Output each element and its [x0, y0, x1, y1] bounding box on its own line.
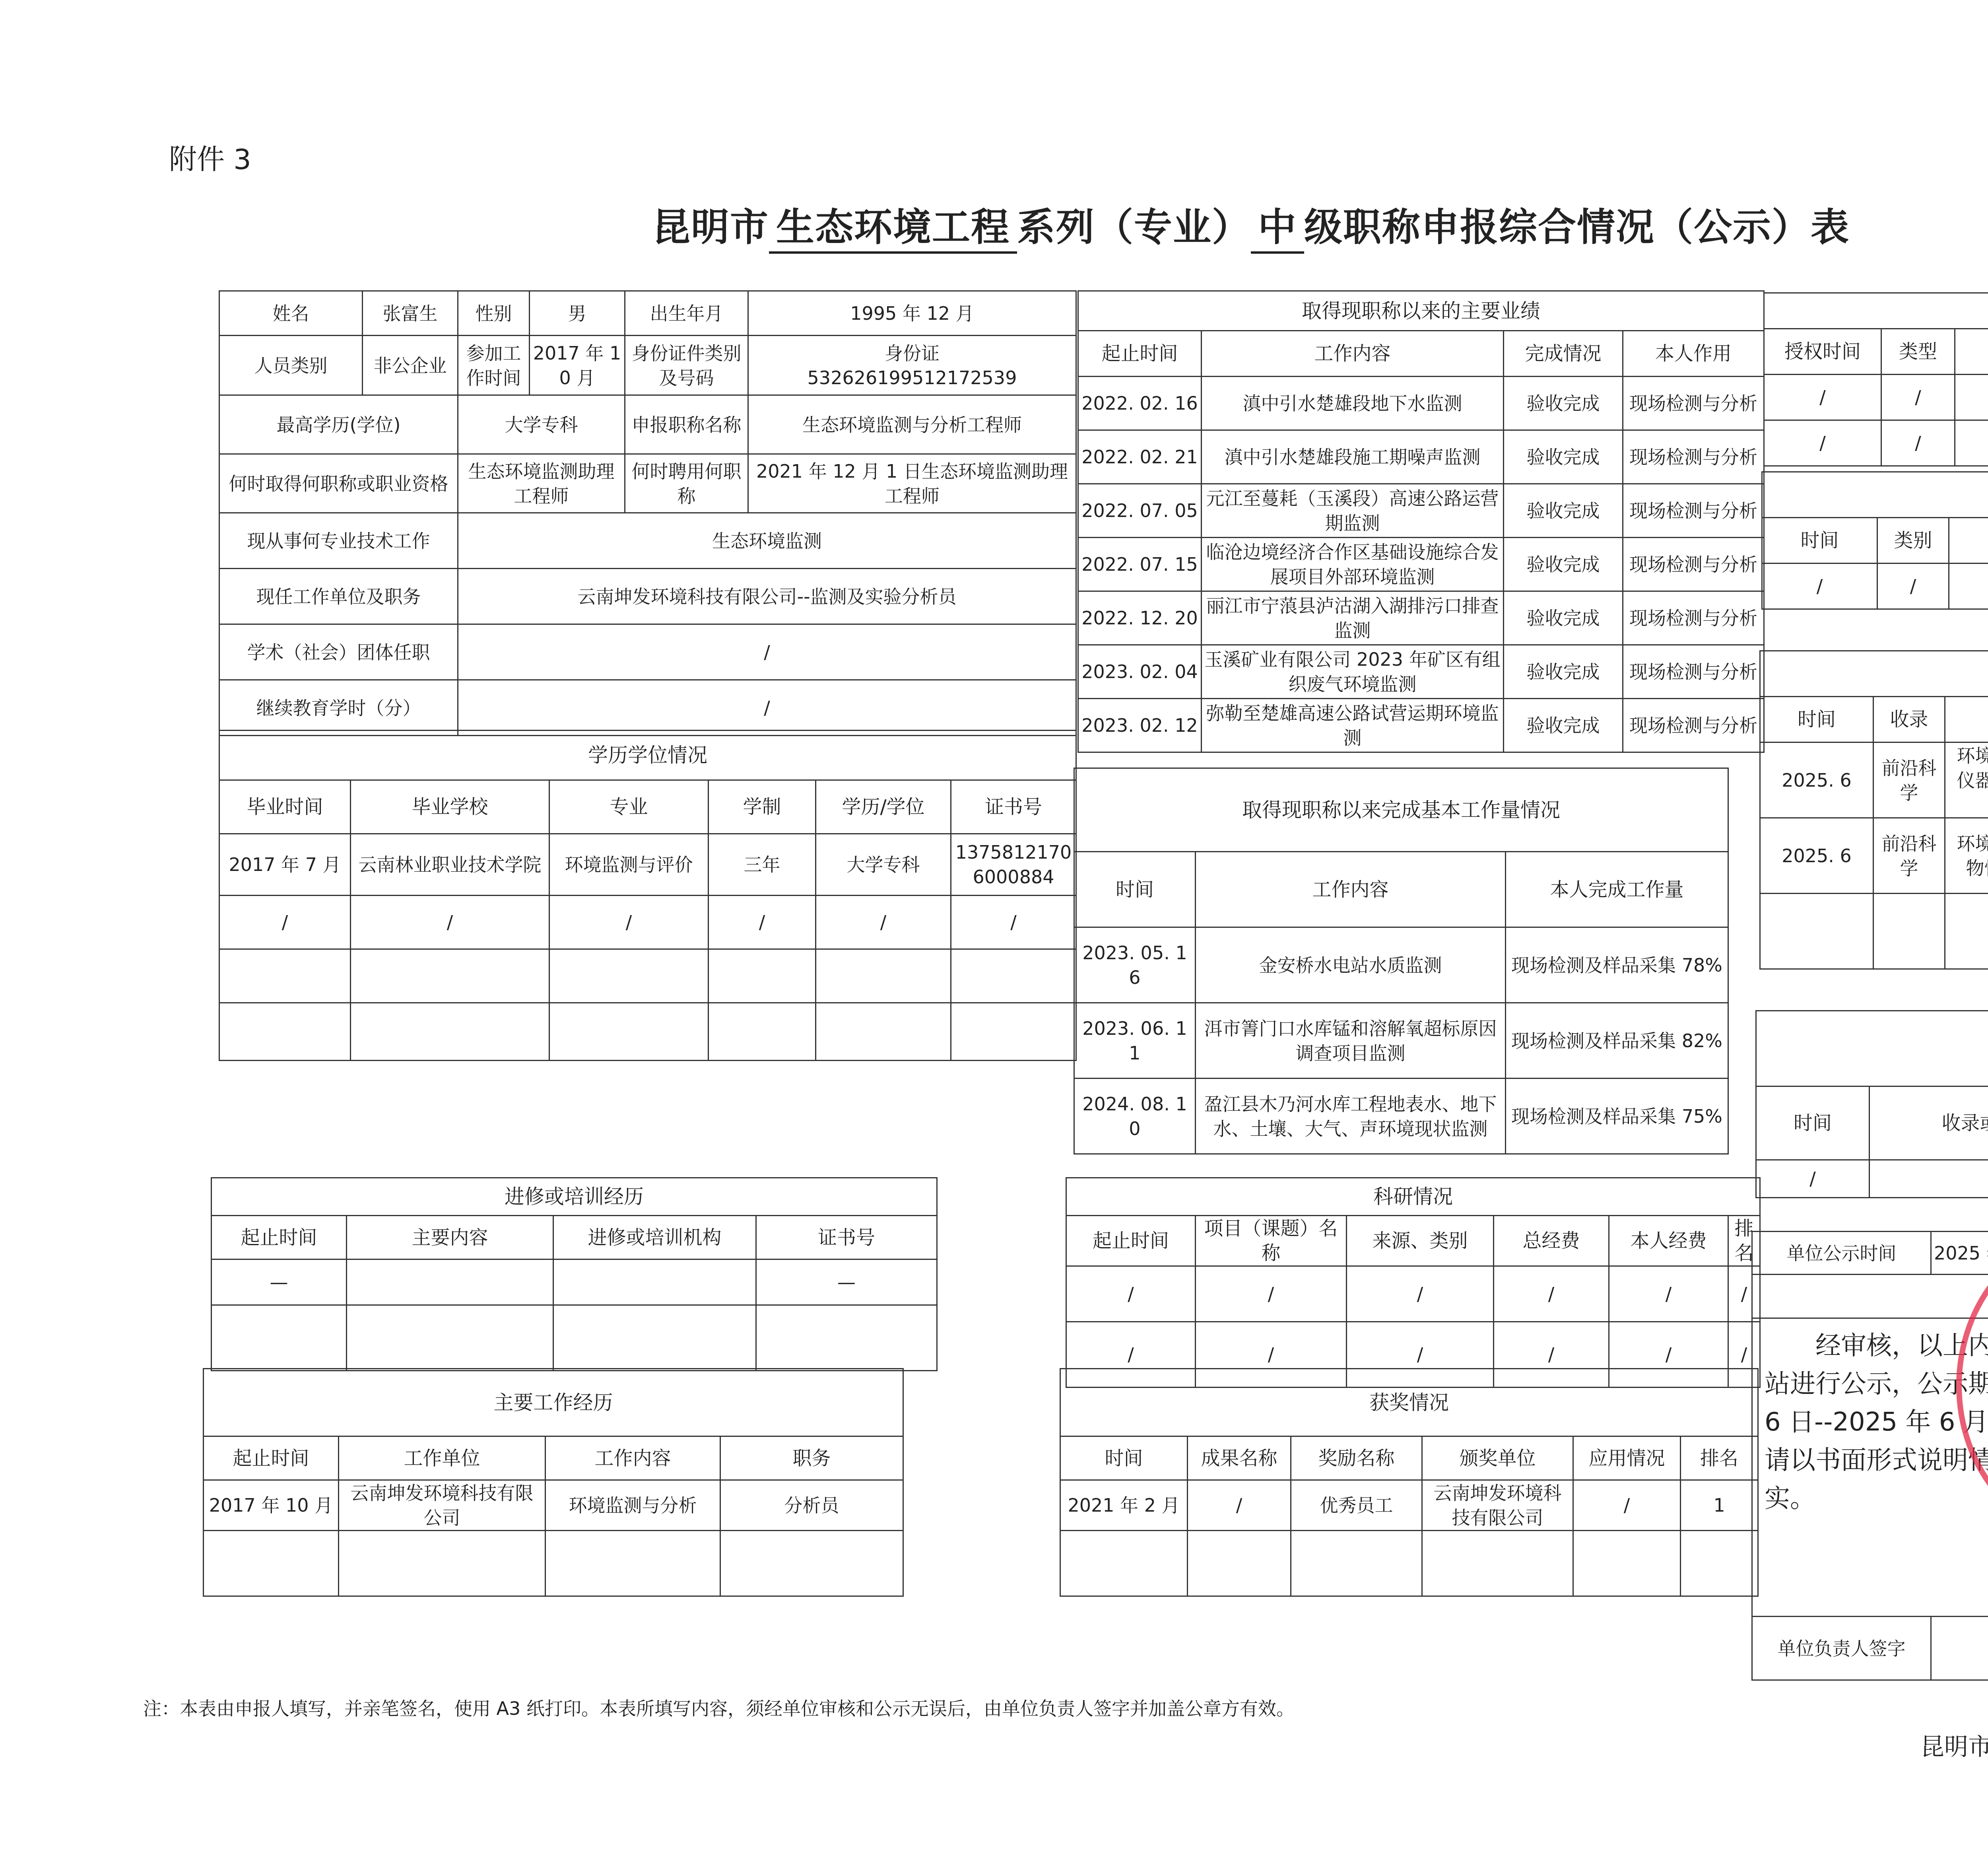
table-cell: 2023. 02. 12: [1078, 699, 1202, 752]
achievements-table: 取得现职称以来的主要业绩起止时间工作内容完成情况本人作用2022. 02. 16…: [1077, 290, 1765, 753]
table-cell: 环境监测与评价: [549, 834, 709, 896]
table-cell: 云南林业职业技术学院: [351, 834, 549, 896]
table-cell: [951, 1003, 1076, 1061]
column-header: 起止时间: [1078, 331, 1202, 377]
table-cell: 2017 年 7 月: [219, 834, 351, 896]
table-cell: [351, 949, 549, 1003]
table-cell: [347, 1305, 553, 1371]
table-cell: /: [951, 896, 1076, 949]
section-title: 学术技术报告情况: [1756, 1011, 1988, 1086]
table-cell: 2022. 07. 15: [1078, 538, 1202, 591]
column-header: 本人作用: [1623, 331, 1764, 377]
table-cell: 元江至蔓耗（玉溪段）高速公路运营期监测: [1202, 484, 1504, 538]
column-header: 工作内容: [1196, 852, 1506, 927]
table-row: ——: [212, 1259, 937, 1305]
table-cell: /: [1196, 1266, 1347, 1322]
table-row: 2023. 06. 11洱市箐门口水库锰和溶解氧超标原因调查项目监测现场检测及样…: [1074, 1003, 1728, 1079]
label: 身份证件类别及号码: [625, 336, 748, 395]
table-cell: /: [1494, 1266, 1609, 1322]
table-cell: /: [1877, 564, 1949, 609]
table-cell: /: [549, 896, 709, 949]
head-sign-label: 单位负责人签字: [1752, 1617, 1931, 1680]
table-cell: /: [1573, 1480, 1681, 1531]
table-cell: [709, 949, 816, 1003]
title-level: 中: [1251, 197, 1304, 254]
column-header: 学制: [709, 780, 816, 834]
table-cell: 洱市箐门口水库锰和溶解氧超标原因调查项目监测: [1196, 1003, 1506, 1079]
table-cell: 现场检测与分析: [1623, 538, 1764, 591]
section-title: 取得现职称以来的主要业绩: [1078, 291, 1764, 331]
table-row: [1060, 1531, 1758, 1596]
table-cell: [212, 1305, 347, 1371]
section-title: 学历学位情况: [219, 731, 1076, 780]
table-row: 2025. 6前沿科学环境应急监测中便携式仪器的应用现状与发展路径前沿科学202…: [1760, 742, 1988, 818]
footnote: 注：本表由申报人填写，并亲笔签名，使用 A3 纸打印。本表所填写内容，须经单位审…: [143, 1694, 1295, 1720]
category-value: 非公企业: [363, 336, 458, 395]
column-header: 时间: [1756, 1086, 1870, 1160]
work-history-table: 主要工作经历起止时间工作单位工作内容职务2017 年 10 月云南坤发环境科技有…: [203, 1368, 904, 1597]
table-row: 2023. 05. 16金安桥水电站水质监测现场检测及样品采集 78%: [1074, 927, 1728, 1003]
table-cell: [1422, 1531, 1573, 1596]
table-cell: 2025. 6: [1760, 742, 1873, 818]
column-header: 时间: [1074, 852, 1196, 927]
column-header: 应用情况: [1573, 1436, 1681, 1480]
papers-table: 论文情况时间收录名称发表刊物期数排名2025. 6前沿科学环境应急监测中便携式仪…: [1759, 650, 1988, 970]
table-cell: /: [1764, 375, 1881, 420]
attachment-label: 附件 3: [169, 137, 251, 177]
opinion-text: 经审核，以上内容属实，现根据申报要求在公司网站进行公示，公示期为 5 个工作日，…: [1752, 1318, 1988, 1617]
table-cell: 2023. 05. 16: [1074, 927, 1196, 1003]
label: 姓名: [219, 291, 363, 336]
table-row: //////: [1764, 420, 1988, 466]
table-cell: 验收完成: [1504, 484, 1623, 538]
table-cell: 临沧边境经济合作区基础设施综合发展项目外部环境监测: [1202, 538, 1504, 591]
table-cell: [219, 1003, 351, 1061]
column-header: 总经费: [1494, 1216, 1609, 1266]
table-cell: /: [1949, 564, 1988, 609]
table-cell: 验收完成: [1504, 430, 1623, 484]
table-row: 2017 年 7 月云南林业职业技术学院环境监测与评价三年大学专科1375812…: [219, 834, 1076, 896]
issuer: 昆明市人力资源和社会保障局制: [1920, 1728, 1988, 1762]
birth-value: 1995 年 12 月: [748, 291, 1076, 336]
table-cell: 13758121706000884: [951, 834, 1076, 896]
label: 人员类别: [219, 336, 363, 395]
table-cell: /: [816, 896, 951, 949]
table-row: 2023. 02. 12弥勒至楚雄高速公路试营运期环境监测验收完成现场检测与分析: [1078, 699, 1764, 752]
table-cell: /: [709, 896, 816, 949]
section-title: 专利情况: [1764, 293, 1988, 329]
table-row: 2025. 6前沿科学环境监测现场气体污染物快速检测技术研究前沿科学2025 年…: [1760, 818, 1988, 894]
table-row: 2022. 02. 21滇中引水楚雄段施工期噪声监测验收完成现场检测与分析: [1078, 430, 1764, 484]
table-cell: /: [219, 896, 351, 949]
column-header: 时间: [1060, 1436, 1188, 1480]
label: 何时聘用何职称: [625, 454, 748, 513]
apply-title-value: 生态环境监测与分析工程师: [748, 395, 1076, 454]
table-row: [1760, 894, 1988, 969]
table-cell: 现场检测与分析: [1623, 430, 1764, 484]
table-cell: 2022. 02. 21: [1078, 430, 1202, 484]
table-cell: /: [1764, 420, 1881, 466]
table-row: //////: [219, 896, 1076, 949]
table-cell: [756, 1305, 937, 1371]
table-row: 2022. 07. 05元江至蔓耗（玉溪段）高速公路运营期监测验收完成现场检测与…: [1078, 484, 1764, 538]
column-header: 名称: [1945, 697, 1988, 742]
column-header: 证书号: [756, 1216, 937, 1259]
reports-table: 学术技术报告情况时间收录或交流情况名称排名////: [1755, 1010, 1988, 1198]
table-cell: 1: [1681, 1480, 1758, 1531]
education-table: 学历学位情况毕业时间毕业学校专业学制学历/学位证书号2017 年 7 月云南林业…: [219, 730, 1077, 1061]
table-cell: 验收完成: [1504, 538, 1623, 591]
table-cell: 优秀员工: [1291, 1480, 1422, 1531]
patents-table: 专利情况授权时间类型名称专利号转化情况排名////////////: [1763, 292, 1988, 466]
publicity-label: 单位公示时间: [1752, 1232, 1931, 1275]
label: 出生年月: [625, 291, 748, 336]
table-cell: [1188, 1531, 1291, 1596]
table-cell: [553, 1305, 756, 1371]
table-cell: [219, 949, 351, 1003]
table-cell: 2022. 07. 05: [1078, 484, 1202, 538]
table-cell: /: [1609, 1266, 1728, 1322]
table-cell: —: [212, 1259, 347, 1305]
table-cell: [816, 1003, 951, 1061]
column-header: 进修或培训机构: [553, 1216, 756, 1259]
table-cell: 三年: [709, 834, 816, 896]
research-table: 科研情况起止时间项目（课题）名称来源、类别总经费本人经费排名//////////…: [1066, 1177, 1761, 1388]
column-header: 工作内容: [1202, 331, 1504, 377]
table-cell: —: [756, 1259, 937, 1305]
edu-value: 大学专科: [458, 395, 625, 454]
column-header: 排名: [1681, 1436, 1758, 1480]
hired-value: 2021 年 12 月 1 日生态环境监测助理工程师: [748, 454, 1076, 513]
title-prefix: 昆明市: [652, 205, 769, 249]
table-cell: 现场检测及样品采集 78%: [1506, 927, 1728, 1003]
column-header: 完成情况: [1504, 331, 1623, 377]
column-header: 主要内容: [347, 1216, 553, 1259]
table-cell: [546, 1531, 720, 1596]
column-header: 颁奖单位: [1422, 1436, 1573, 1480]
table-cell: 现场检测与分析: [1623, 377, 1764, 430]
work-start-value: 2017 年 10 月: [530, 336, 625, 395]
column-header: 收录: [1873, 697, 1945, 742]
label: 继续教育学时（分）: [219, 680, 458, 736]
head-sign-cell: [1931, 1617, 1988, 1680]
column-header: 授权时间: [1764, 329, 1881, 375]
column-header: 起止时间: [204, 1436, 339, 1480]
table-cell: 环境应急监测中便携式仪器的应用现状与发展路径: [1945, 742, 1988, 818]
table-cell: 分析员: [720, 1480, 903, 1531]
publicity-period: 2025 年 6 月 16 日至 2025 年 6 月 20 日: [1931, 1232, 1988, 1275]
table-cell: 环境监测与分析: [546, 1480, 720, 1531]
table-cell: 盈江县木乃河水库工程地表水、地下水、土壤、大气、声环境现状监测: [1196, 1079, 1506, 1154]
table-cell: 玉溪矿业有限公司 2023 年矿区有组织废气环境监测: [1202, 645, 1504, 699]
label: 何时取得何职称或职业资格: [219, 454, 458, 513]
table-cell: 验收完成: [1504, 699, 1623, 752]
id-number: 532626199512172539: [751, 365, 1073, 390]
column-header: 起止时间: [1066, 1216, 1196, 1266]
table-cell: 现场检测与分析: [1623, 699, 1764, 752]
table-cell: 现场检测与分析: [1623, 591, 1764, 645]
page-title: 昆明市生态环境工程系列（专业）中级职称申报综合情况（公示）表: [652, 197, 1850, 254]
column-header: 毕业时间: [219, 780, 351, 834]
ce-value: /: [458, 680, 1076, 736]
table-cell: 弥勒至楚雄高速公路试营运期环境监测: [1202, 699, 1504, 752]
title-suffix: 级职称申报综合情况（公示）表: [1304, 205, 1850, 249]
books-table: 著（译）作情况时间类别名称出版单位字数排名//////: [1761, 471, 1988, 610]
table-cell: 验收完成: [1504, 591, 1623, 645]
table-cell: 2017 年 10 月: [204, 1480, 339, 1531]
table-row: 2017 年 10 月云南坤发环境科技有限公司环境监测与分析分析员: [204, 1480, 903, 1531]
column-header: 成果名称: [1188, 1436, 1291, 1480]
society-value: /: [458, 624, 1076, 680]
table-cell: 2022. 02. 16: [1078, 377, 1202, 430]
table-cell: [720, 1531, 903, 1596]
employer-value: 云南坤发环境科技有限公司--监测及实验分析员: [458, 569, 1076, 624]
table-cell: 现场检测与分析: [1623, 645, 1764, 699]
label: 最高学历(学位): [219, 395, 458, 454]
label: 性别: [458, 291, 530, 336]
table-cell: [351, 1003, 549, 1061]
column-header: 职务: [720, 1436, 903, 1480]
column-header: 毕业学校: [351, 780, 549, 834]
table-row: 2022. 12. 20丽江市宁蒗县泸沽湖入湖排污口排查监测验收完成现场检测与分…: [1078, 591, 1764, 645]
column-header: 类别: [1877, 518, 1949, 564]
table-cell: 前沿科学: [1873, 742, 1945, 818]
table-row: [219, 1003, 1076, 1061]
table-cell: [1681, 1531, 1758, 1596]
column-header: 名称: [1955, 329, 1988, 375]
table-cell: [204, 1531, 339, 1596]
table-cell: 前沿科学: [1873, 818, 1945, 894]
section-title: 科研情况: [1066, 1178, 1760, 1216]
table-row: //////: [1762, 564, 1988, 609]
table-cell: /: [1756, 1160, 1870, 1198]
table-cell: 2021 年 2 月: [1060, 1480, 1188, 1531]
table-cell: /: [1066, 1266, 1196, 1322]
column-header: 工作单位: [339, 1436, 546, 1480]
column-header: 证书号: [951, 780, 1076, 834]
table-cell: [951, 949, 1076, 1003]
table-cell: [1945, 894, 1988, 969]
table-cell: /: [1762, 564, 1877, 609]
column-header: 本人经费: [1609, 1216, 1728, 1266]
table-row: 2023. 02. 04玉溪矿业有限公司 2023 年矿区有组织废气环境监测验收…: [1078, 645, 1764, 699]
column-header: 起止时间: [212, 1216, 347, 1259]
table-cell: [1873, 894, 1945, 969]
table-cell: 大学专科: [816, 834, 951, 896]
table-cell: /: [1881, 420, 1955, 466]
label: 现从事何专业技术工作: [219, 513, 458, 569]
table-cell: 云南坤发环境科技有限公司: [1422, 1480, 1573, 1531]
column-header: 项目（课题）名称: [1196, 1216, 1347, 1266]
table-cell: [1760, 894, 1873, 969]
table-cell: /: [1870, 1160, 1988, 1198]
table-cell: [347, 1259, 553, 1305]
table-cell: 滇中引水楚雄段地下水监测: [1202, 377, 1504, 430]
title-mid: 系列（专业）: [1017, 205, 1251, 249]
table-cell: [549, 949, 709, 1003]
column-header: 专业: [549, 780, 709, 834]
table-cell: [553, 1259, 756, 1305]
gender-value: 男: [530, 291, 625, 336]
table-cell: 2023. 02. 04: [1078, 645, 1202, 699]
table-cell: 丽江市宁蒗县泸沽湖入湖排污口排查监测: [1202, 591, 1504, 645]
section-title: 取得现职称以来完成基本工作量情况: [1074, 768, 1728, 852]
table-row: [204, 1531, 903, 1596]
table-cell: [549, 1003, 709, 1061]
training-table: 进修或培训经历起止时间主要内容进修或培训机构证书号——: [211, 1177, 938, 1371]
id-type: 身份证: [751, 341, 1073, 365]
section-title: 论文情况: [1760, 651, 1988, 697]
table-cell: 现场检测及样品采集 82%: [1506, 1003, 1728, 1079]
basic-info-table: 姓名 张富生 性别 男 出生年月 1995 年 12 月 人员类别 非公企业 参…: [219, 290, 1077, 736]
review-table: 单位公示时间 2025 年 6 月 16 日至 2025 年 6 月 20 日 …: [1751, 1231, 1988, 1681]
table-cell: /: [1347, 1266, 1494, 1322]
table-row: ////: [1756, 1160, 1988, 1198]
table-cell: 环境监测现场气体污染物快速检测技术研究: [1945, 818, 1988, 894]
table-cell: 2024. 08. 10: [1074, 1079, 1196, 1154]
table-cell: [1291, 1531, 1422, 1596]
table-row: //////: [1066, 1266, 1760, 1322]
label: 申报职称名称: [625, 395, 748, 454]
workload-table: 取得现职称以来完成基本工作量情况时间工作内容本人完成工作量2023. 05. 1…: [1074, 768, 1729, 1154]
table-cell: 云南坤发环境科技有限公司: [339, 1480, 546, 1531]
table-cell: /: [1955, 420, 1988, 466]
table-cell: /: [1955, 375, 1988, 420]
section-title: 著（译）作情况: [1762, 472, 1988, 518]
table-cell: 滇中引水楚雄段施工期噪声监测: [1202, 430, 1504, 484]
column-header: 工作内容: [546, 1436, 720, 1480]
opinion-label: 单位审核意见（签章）: [1752, 1275, 1988, 1318]
table-row: //////: [1764, 375, 1988, 420]
column-header: 学历/学位: [816, 780, 951, 834]
table-cell: 金安桥水电站水质监测: [1196, 927, 1506, 1003]
label: 参加工作时间: [458, 336, 530, 395]
table-cell: [709, 1003, 816, 1061]
column-header: 时间: [1760, 697, 1873, 742]
table-cell: 2022. 12. 20: [1078, 591, 1202, 645]
column-header: 来源、类别: [1347, 1216, 1494, 1266]
table-cell: 现场检测及样品采集 75%: [1506, 1079, 1728, 1154]
id-value: 身份证532626199512172539: [748, 336, 1076, 395]
field-value: 生态环境监测: [458, 513, 1076, 569]
column-header: 本人完成工作量: [1506, 852, 1728, 927]
section-title: 进修或培训经历: [212, 1178, 937, 1216]
table-row: 2021 年 2 月/优秀员工云南坤发环境科技有限公司/1: [1060, 1480, 1758, 1531]
table-cell: /: [351, 896, 549, 949]
column-header: 名称: [1949, 518, 1988, 564]
table-row: 2022. 02. 16滇中引水楚雄段地下水监测验收完成现场检测与分析: [1078, 377, 1764, 430]
label: 现任工作单位及职务: [219, 569, 458, 624]
table-cell: [1573, 1531, 1681, 1596]
column-header: 类型: [1881, 329, 1955, 375]
table-row: 2022. 07. 15临沧边境经济合作区基础设施综合发展项目外部环境监测验收完…: [1078, 538, 1764, 591]
table-cell: /: [1881, 375, 1955, 420]
title-series: 生态环境工程: [769, 197, 1017, 254]
table-row: [219, 949, 1076, 1003]
current-title-value: 生态环境监测助理工程师: [458, 454, 625, 513]
table-cell: /: [1188, 1480, 1291, 1531]
name-value: 张富生: [363, 291, 458, 336]
table-cell: [1060, 1531, 1188, 1596]
table-cell: 验收完成: [1504, 377, 1623, 430]
column-header: 收录或交流情况: [1870, 1086, 1988, 1160]
column-header: 奖励名称: [1291, 1436, 1422, 1480]
table-row: [212, 1305, 937, 1371]
column-header: 时间: [1762, 518, 1877, 564]
table-cell: [339, 1531, 546, 1596]
section-title: 获奖情况: [1060, 1369, 1758, 1436]
label: 学术（社会）团体任职: [219, 624, 458, 680]
table-cell: 2023. 06. 11: [1074, 1003, 1196, 1079]
table-cell: [816, 949, 951, 1003]
awards-table: 获奖情况时间成果名称奖励名称颁奖单位应用情况排名2021 年 2 月/优秀员工云…: [1060, 1368, 1759, 1597]
table-cell: 现场检测与分析: [1623, 484, 1764, 538]
section-title: 主要工作经历: [204, 1369, 903, 1436]
table-row: 2024. 08. 10盈江县木乃河水库工程地表水、地下水、土壤、大气、声环境现…: [1074, 1079, 1728, 1154]
table-cell: 2025. 6: [1760, 818, 1873, 894]
table-cell: 验收完成: [1504, 645, 1623, 699]
